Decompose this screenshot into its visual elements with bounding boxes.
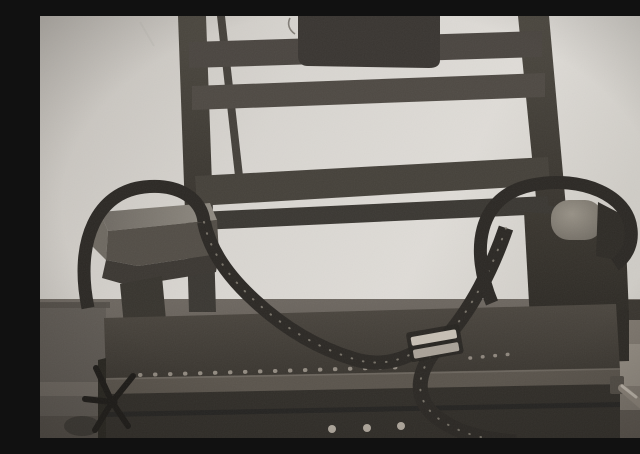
scene-svg: Black-and-white photograph of an antique… — [40, 16, 640, 438]
vignette-overlay — [40, 16, 640, 438]
photograph: Black-and-white photograph of an antique… — [40, 16, 640, 438]
